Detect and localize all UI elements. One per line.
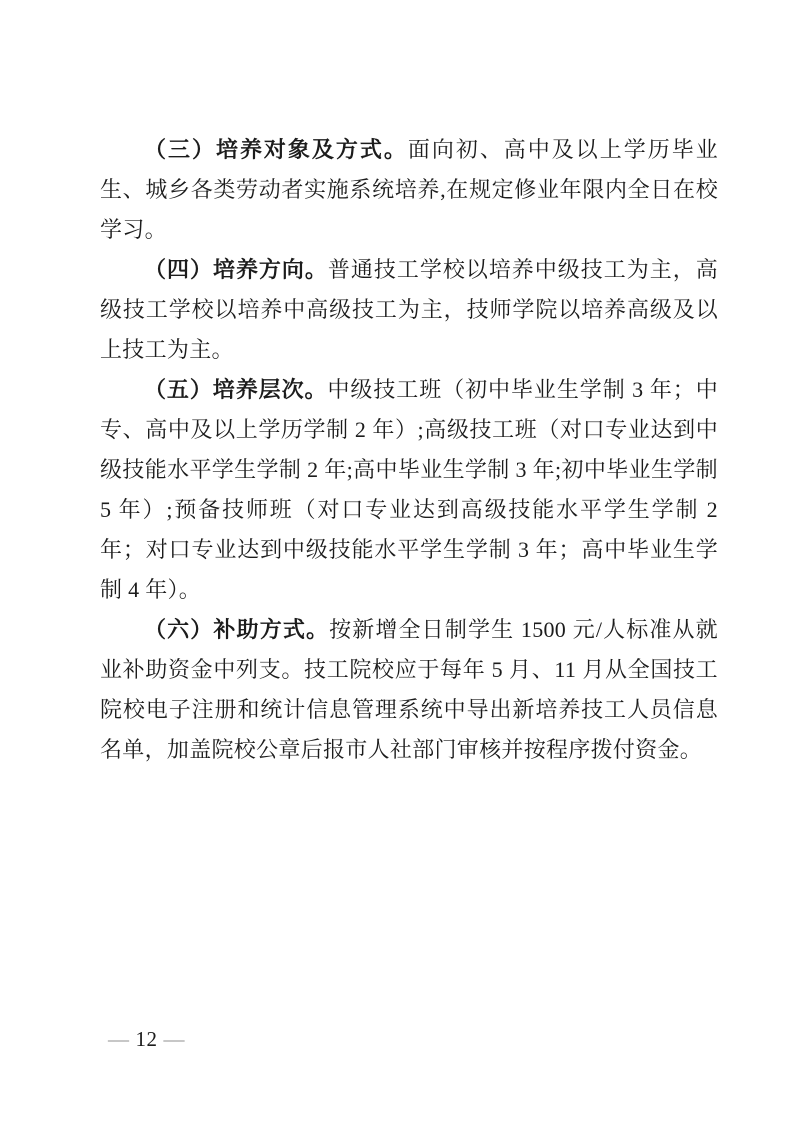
paragraph-4-heading: （四）培养方向。	[144, 257, 328, 282]
footer-dash-right: —	[158, 1027, 192, 1051]
footer-dash-left: —	[102, 1027, 136, 1051]
paragraph-6-heading: （六）补助方式。	[144, 617, 329, 642]
paragraph-4: （四）培养方向。普通技工学校以培养中级技工为主，高级技工学校以培养中高级技工为主…	[100, 250, 718, 370]
paragraph-3: （三）培养对象及方式。面向初、高中及以上学历毕业生、城乡各类劳动者实施系统培养,…	[100, 130, 718, 250]
paragraph-3-heading: （三）培养对象及方式。	[144, 137, 408, 162]
document-page: （三）培养对象及方式。面向初、高中及以上学历毕业生、城乡各类劳动者实施系统培养,…	[0, 0, 793, 1122]
page-number: 12	[136, 1027, 158, 1051]
paragraph-5-heading: （五）培养层次。	[144, 377, 328, 402]
document-body: （三）培养对象及方式。面向初、高中及以上学历毕业生、城乡各类劳动者实施系统培养,…	[100, 130, 718, 770]
paragraph-5-text: 中级技工班（初中毕业生学制 3 年；中专、高中及以上学历学制 2 年）;高级技工…	[100, 377, 718, 602]
paragraph-5: （五）培养层次。中级技工班（初中毕业生学制 3 年；中专、高中及以上学历学制 2…	[100, 370, 718, 610]
paragraph-6: （六）补助方式。按新增全日制学生 1500 元/人标准从就业补助资金中列支。技工…	[100, 610, 718, 770]
page-footer: —12—	[102, 1027, 191, 1052]
